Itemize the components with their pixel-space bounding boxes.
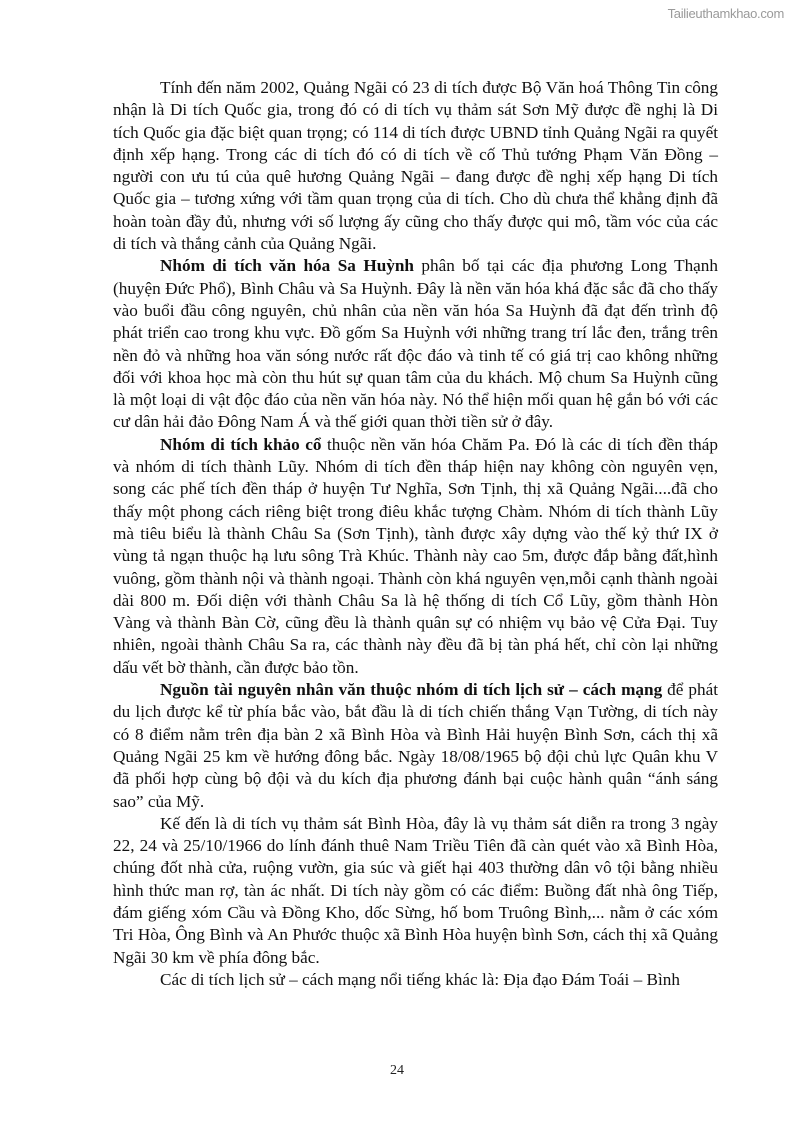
watermark: Tailieuthamkhao.com [668, 6, 784, 21]
paragraph-other-sites-text: Các di tích lịch sử – cách mạng nổi tiến… [160, 970, 680, 989]
paragraph-1-text: Tính đến năm 2002, Quảng Ngãi có 23 di t… [113, 78, 718, 253]
page-body: Tính đến năm 2002, Quảng Ngãi có 23 di t… [113, 77, 718, 991]
paragraph-other-sites: Các di tích lịch sử – cách mạng nổi tiến… [113, 969, 718, 991]
paragraph-sa-huynh: Nhóm di tích văn hóa Sa Huỳnh phân bố tạ… [113, 255, 718, 433]
paragraph-binh-hoa-text: Kế đến là di tích vụ thảm sát Bình Hòa, … [113, 814, 718, 967]
heading-khao-co: Nhóm di tích khảo cổ [160, 435, 321, 454]
paragraph-lich-su-cach-mang-text: để phát du lịch được kể từ phía bắc vào,… [113, 680, 718, 810]
paragraph-sa-huynh-text: phân bố tại các địa phương Long Thạnh (h… [113, 256, 718, 431]
page-number: 24 [0, 1063, 794, 1079]
heading-sa-huynh: Nhóm di tích văn hóa Sa Huỳnh [160, 256, 414, 275]
paragraph-khao-co: Nhóm di tích khảo cổ thuộc nền văn hóa C… [113, 434, 718, 679]
paragraph-binh-hoa: Kế đến là di tích vụ thảm sát Bình Hòa, … [113, 813, 718, 969]
paragraph-lich-su-cach-mang: Nguồn tài nguyên nhân văn thuộc nhóm di … [113, 679, 718, 813]
paragraph-1: Tính đến năm 2002, Quảng Ngãi có 23 di t… [113, 77, 718, 255]
heading-lich-su-cach-mang: Nguồn tài nguyên nhân văn thuộc nhóm di … [160, 680, 662, 699]
paragraph-khao-co-text: thuộc nền văn hóa Chăm Pa. Đó là các di … [113, 435, 718, 677]
